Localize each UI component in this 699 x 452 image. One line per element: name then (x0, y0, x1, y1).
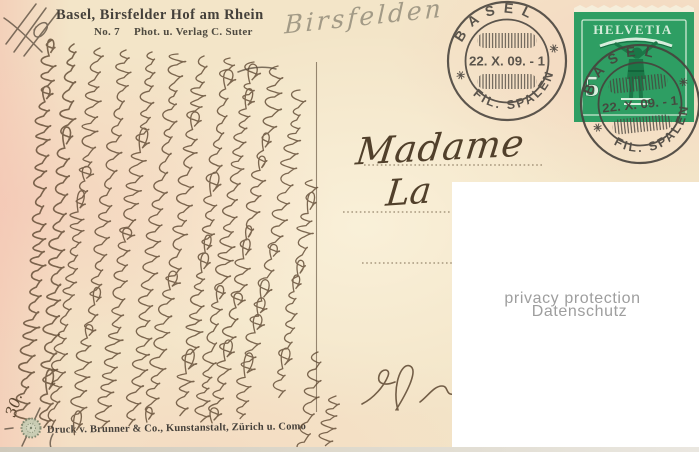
svg-text:FIL. SPALEN: FIL. SPALEN (608, 98, 699, 171)
handwriting-line (0, 38, 83, 425)
handwriting-line (316, 394, 344, 447)
postmark-city-text: BASEL (445, 0, 545, 47)
imprint-line: Druck v. Brunner & Co., Kunstanstalt, Zü… (47, 421, 306, 436)
postmark-star-icon: ✳ (548, 42, 560, 56)
publisher-line: No. 7Phot. u. Verlag C. Suter (94, 26, 264, 38)
publisher-name: Phot. u. Verlag C. Suter (134, 26, 253, 38)
handwriting-line (171, 60, 283, 423)
postmark-office-text: FIL. SPALEN (468, 65, 564, 123)
postmark-hatch-band (612, 114, 673, 135)
scan-edge-strip (0, 447, 699, 452)
corner-scribbles (4, 4, 276, 450)
header-block: Basel, Birsfelder Hof am Rhein No. 7Phot… (56, 7, 264, 38)
handwriting-message (0, 38, 344, 452)
postmark-office-text: FIL. SPALEN (608, 98, 699, 171)
handwriting-line (223, 88, 314, 419)
handwriting-line (261, 179, 330, 399)
stamp-figure-tell-boy (600, 39, 672, 104)
handwriting-line (45, 49, 155, 436)
postmark-star-icon: ✳ (455, 69, 467, 83)
card-number: No. 7 (94, 26, 120, 38)
stamp: HELVETIA 5 (574, 5, 694, 122)
handwriting-line (21, 47, 127, 429)
stamp-frame (582, 20, 686, 115)
handwriting-line (121, 55, 231, 424)
postmark-star-icon: ✳ (677, 75, 691, 90)
handwriting-line (99, 52, 208, 427)
privacy-line-2: Datenschutz (456, 305, 699, 318)
svg-text:FIL. SPALEN: FIL. SPALEN (468, 65, 564, 123)
postmark-basel-left: BASEL FIL. SPALEN ✳ ✳ 22. X. 09. - 1 (439, 0, 572, 125)
handwriting-line (148, 57, 261, 417)
stamp-country-label: HELVETIA (593, 22, 672, 37)
postmark-hatch-band (477, 74, 537, 89)
handwriting-line (196, 65, 295, 425)
address-line-madame: Madame (353, 121, 527, 173)
printer-emblem (22, 419, 41, 438)
svg-text:BASEL: BASEL (445, 0, 545, 47)
postmark-hatch-band (477, 33, 537, 48)
postcard-title: Basel, Birsfelder Hof am Rhein (56, 7, 264, 24)
stamp-perforation (574, 5, 694, 14)
stamp-value: 5 (585, 70, 600, 103)
svg-text:BASEL: BASEL (570, 28, 669, 102)
handwriting-line (289, 351, 330, 452)
pencil-note: Birsfelden (284, 0, 444, 40)
postmark-date-text: 22. X. 09. - 1 (602, 94, 679, 116)
margin-note: 30. (2, 391, 26, 419)
postcard-scan: Basel, Birsfelder Hof am Rhein No. 7Phot… (0, 0, 699, 452)
address-line-partial: La (384, 170, 434, 215)
postmark-date-text: 22. X. 09. - 1 (469, 55, 545, 69)
handwriting-line (16, 43, 103, 428)
stamp-field (574, 12, 694, 122)
handwriting-line (76, 51, 180, 428)
postmark-star-icon: ✳ (591, 121, 605, 136)
postmark-hatch-band (607, 73, 668, 94)
privacy-overlay: privacy protection Datenschutz (452, 182, 699, 447)
postmark-basel-right: BASEL FIL. SPALEN ✳ ✳ 22. X. 09. - 1 (564, 25, 699, 174)
postmark-city-text: BASEL (570, 28, 669, 102)
